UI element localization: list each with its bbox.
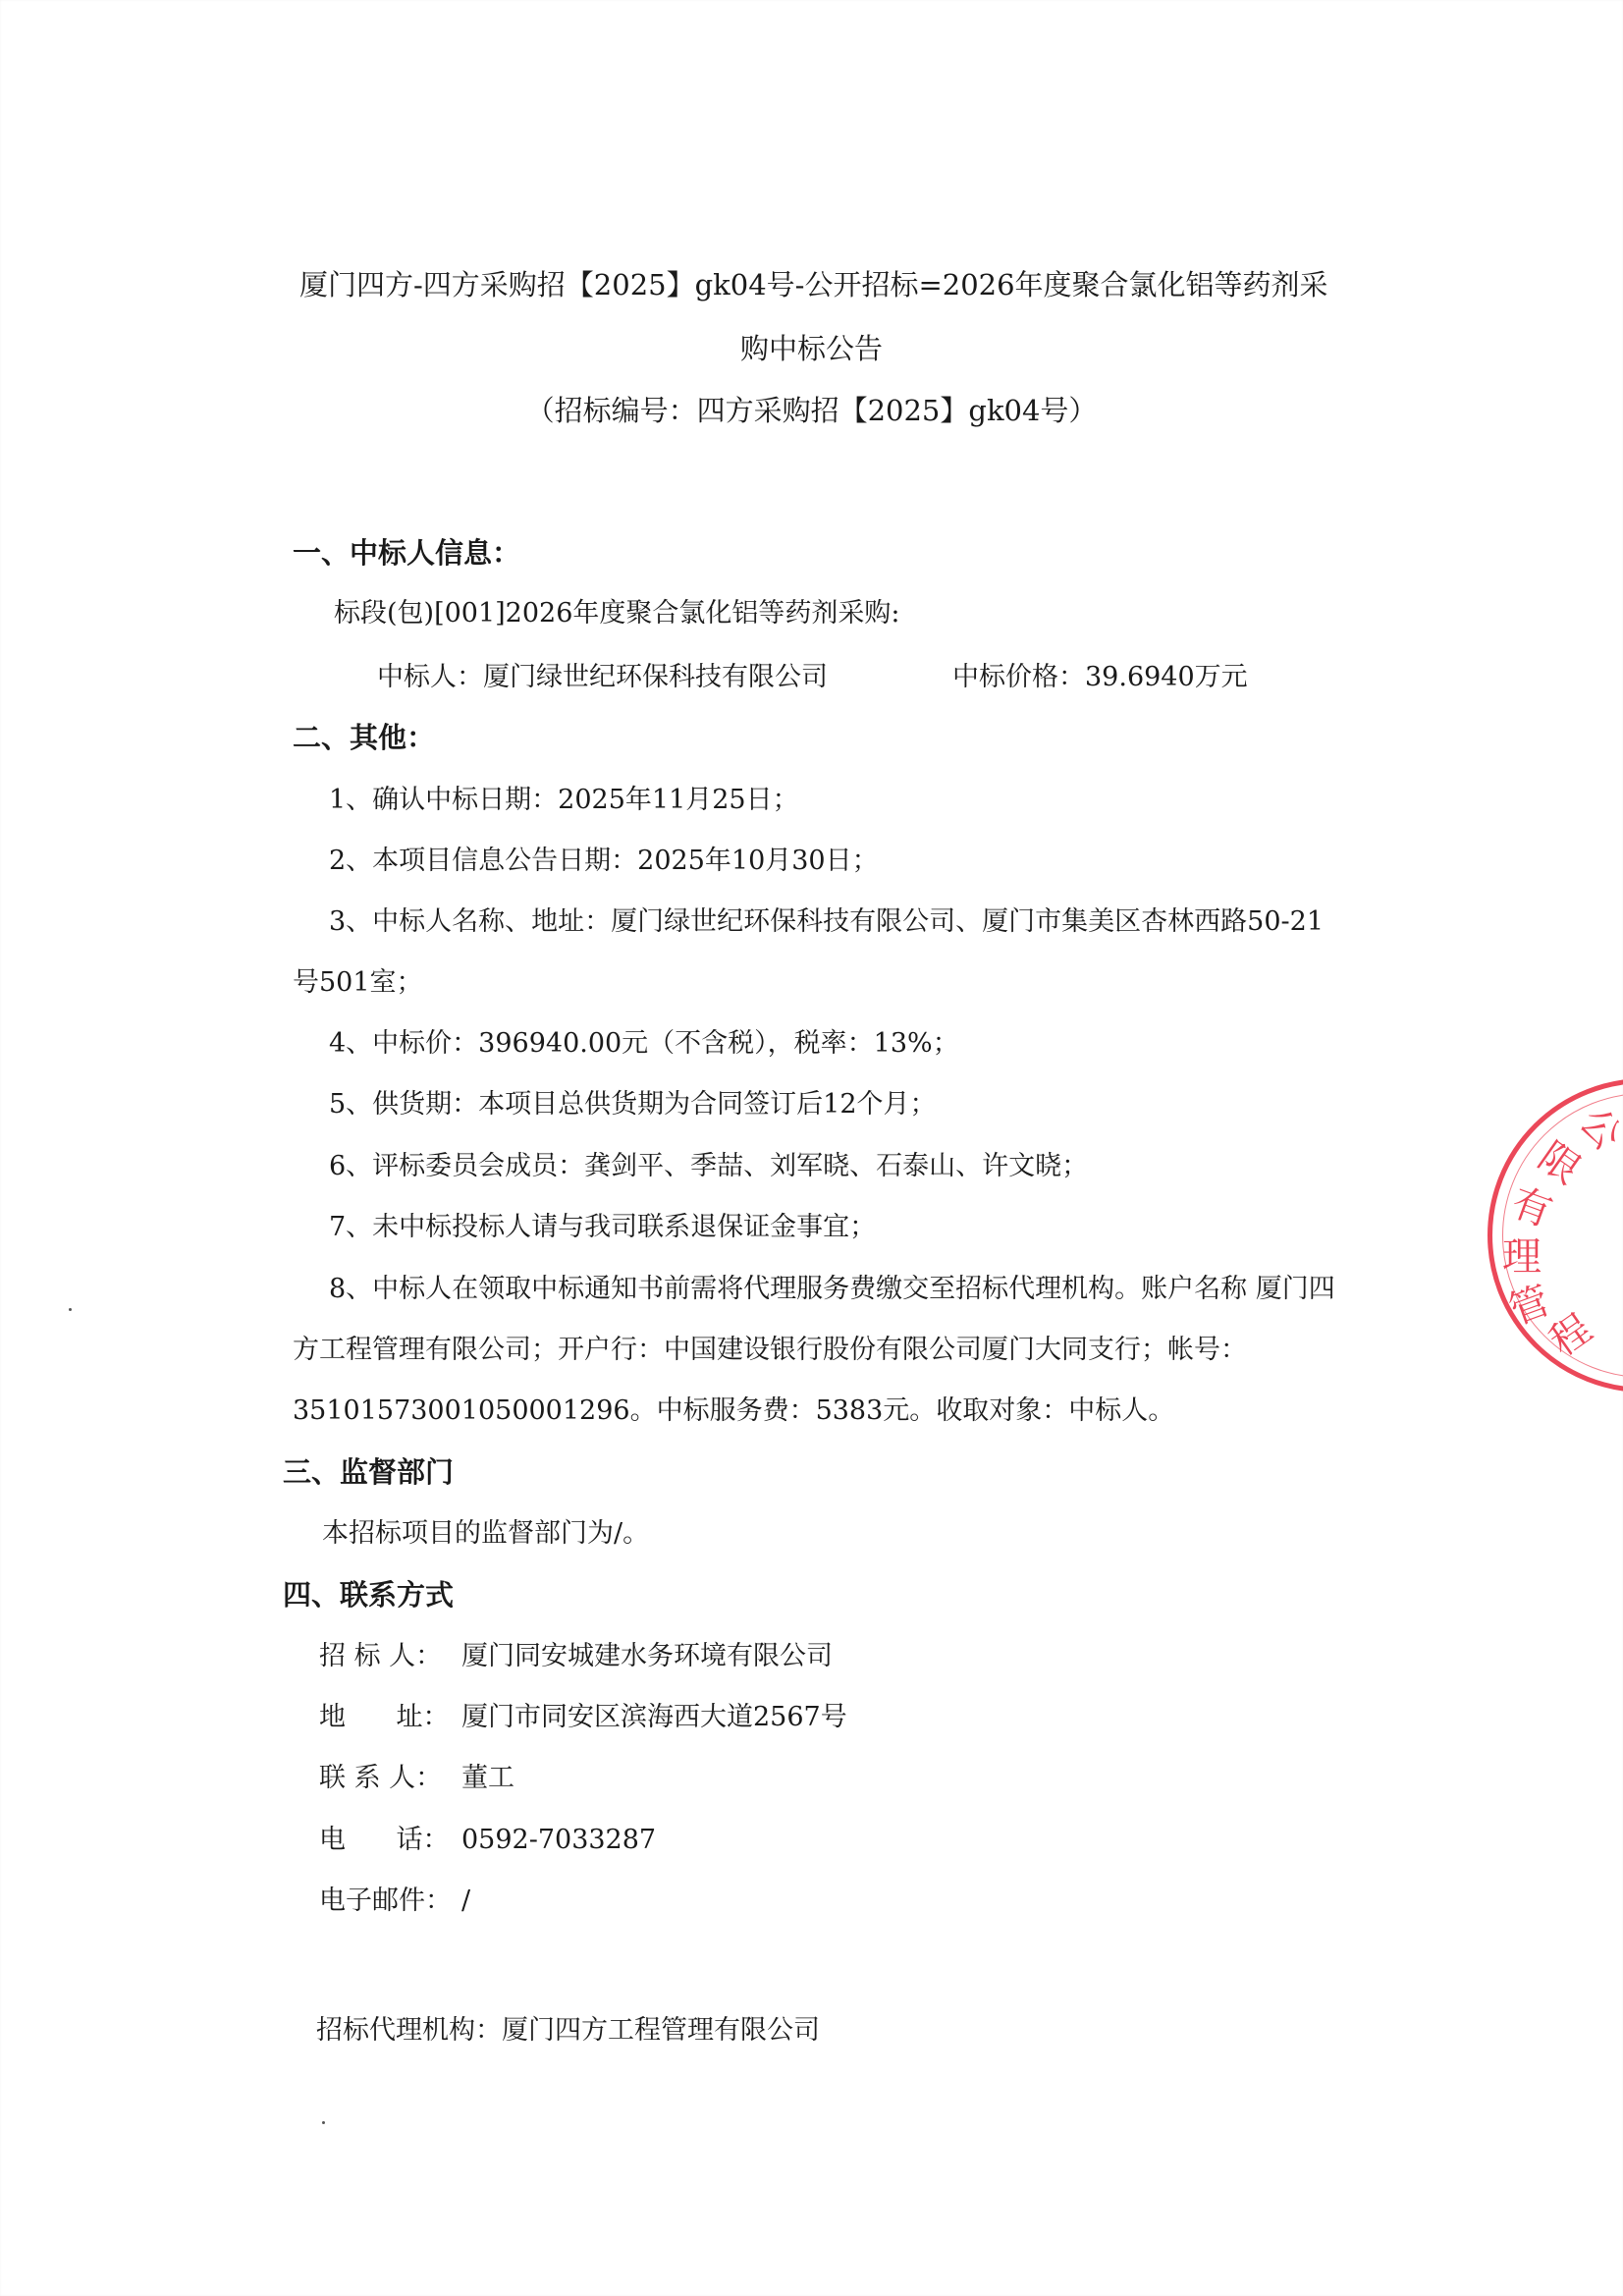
contact-label: 电 话：	[319, 1823, 461, 1858]
contact-label: 联 系 人：	[319, 1761, 461, 1796]
winner-line: 中标人：厦门绿世纪环保科技有限公司	[377, 660, 828, 695]
other-item-4: 4、中标价：396940.00元（不含税），税率：13%；	[329, 1026, 959, 1062]
other-item-8: 8、中标人在领取中标通知书前需将代理服务费缴交至招标代理机构。账户名称 厦门四	[329, 1272, 1335, 1307]
document-page: 厦门四方-四方采购招【2025】gk04号-公开招标=2026年度聚合氯化铝等药…	[0, 0, 1623, 2296]
section-2-heading: 二、其他：	[293, 720, 435, 755]
agency-line: 招标代理机构：厦门四方工程管理有限公司	[316, 2013, 820, 2049]
contact-label: 地 址：	[319, 1700, 461, 1735]
document-title-line-2: 购中标公告	[0, 329, 1623, 368]
bid-number-line: （招标编号：四方采购招【2025】gk04号）	[0, 391, 1623, 430]
section-3-heading: 三、监督部门	[283, 1454, 454, 1490]
document-title-line-1: 厦门四方-四方采购招【2025】gk04号-公开招标=2026年度聚合氯化铝等药…	[299, 265, 1328, 304]
other-item-7: 7、未中标投标人请与我司联系退保证金事宜；	[329, 1210, 876, 1245]
contact-phone: 电 话：0592-7033287	[319, 1823, 656, 1858]
section-1-heading: 一、中标人信息：	[293, 535, 520, 571]
contact-value: /	[461, 1886, 470, 1916]
other-item-6: 6、评标委员会成员：龚剑平、季喆、刘军晓、石泰山、许文晓；	[329, 1149, 1088, 1184]
contact-tenderer: 招 标 人：厦门同安城建水务环境有限公司	[319, 1639, 833, 1674]
scan-speck	[322, 2121, 325, 2124]
contact-label: 招 标 人：	[319, 1639, 461, 1674]
other-item-3: 3、中标人名称、地址：厦门绿世纪环保科技有限公司、厦门市集美区杏林西路50-21	[329, 904, 1324, 940]
other-item-8-cont-2: 35101573001050001296。中标服务费：5383元。收取对象：中标…	[293, 1394, 1174, 1429]
other-item-5: 5、供货期：本项目总供货期为合同签订后12个月；	[329, 1087, 937, 1122]
supervision-text: 本招标项目的监督部门为/。	[322, 1516, 649, 1552]
other-item-2: 2、本项目信息公告日期：2025年10月30日；	[329, 844, 879, 879]
contact-email: 电子邮件：/	[319, 1884, 470, 1919]
contact-address: 地 址：厦门市同安区滨海西大道2567号	[319, 1700, 847, 1735]
contact-value: 厦门同安城建水务环境有限公司	[461, 1641, 833, 1671]
other-item-8-cont-1: 方工程管理有限公司；开户行：中国建设银行股份有限公司厦门大同支行；帐号：	[293, 1333, 1247, 1368]
scan-speck	[69, 1308, 72, 1311]
contact-person: 联 系 人：董工	[319, 1761, 514, 1796]
other-item-1: 1、确认中标日期：2025年11月25日；	[329, 783, 799, 818]
section-4-heading: 四、联系方式	[283, 1577, 454, 1613]
winning-price: 中标价格：39.6940万元	[952, 660, 1248, 695]
other-item-3-cont: 号501室；	[293, 965, 423, 1001]
contact-value: 董工	[461, 1763, 514, 1793]
lot-line: 标段(包)[001]2026年度聚合氯化铝等药剂采购:	[334, 596, 899, 631]
contact-value: 0592-7033287	[461, 1825, 656, 1855]
contact-value: 厦门市同安区滨海西大道2567号	[461, 1702, 847, 1732]
seal-char: 理	[1502, 1237, 1542, 1277]
contact-label: 电子邮件：	[319, 1884, 461, 1919]
